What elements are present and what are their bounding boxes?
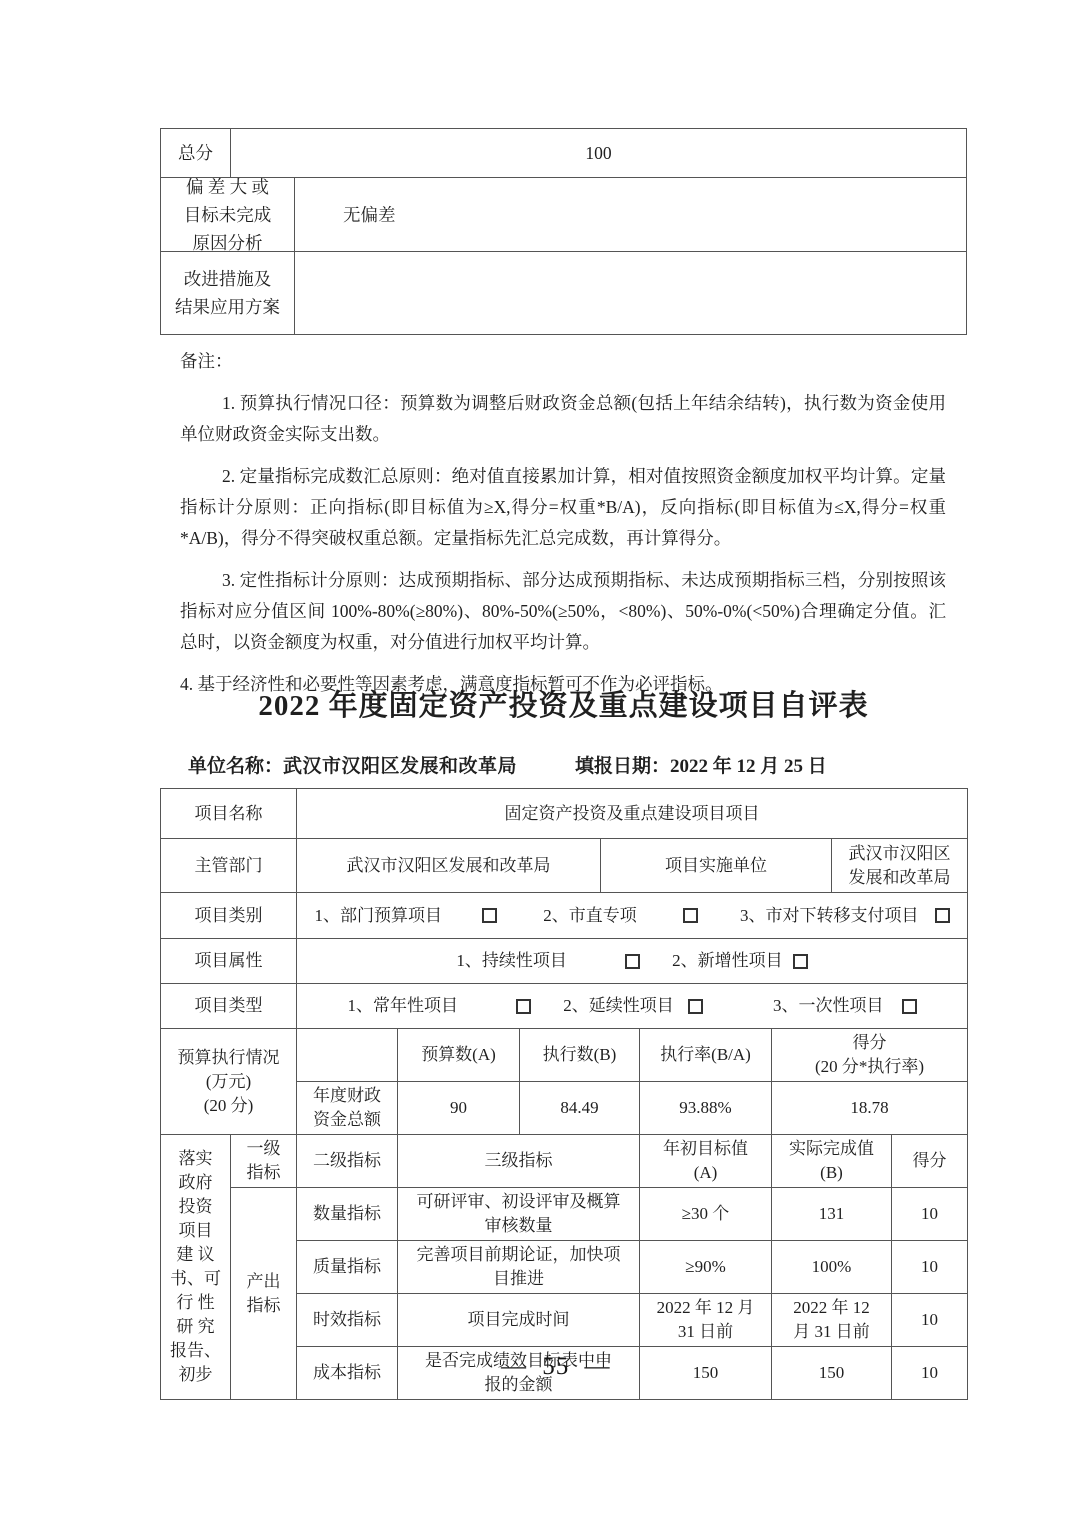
attribute-option-2: 2、新增性项目 [672, 949, 808, 973]
level2-cell: 质量指标 [297, 1241, 398, 1294]
level2-cell: 数量指标 [297, 1188, 398, 1241]
score-cell: 10 [892, 1347, 968, 1400]
checkbox-icon[interactable] [935, 908, 950, 923]
target-cell: 2022 年 12 月 31 日前 [640, 1294, 772, 1347]
actual-cell: 131 [772, 1188, 892, 1241]
report-title: 2022 年度固定资产投资及重点建设项目自评表 [160, 683, 967, 724]
summary-improvement-value [295, 252, 966, 334]
note-item-1: 1. 预算执行情况口径：预算数为调整后财政资金总额(包括上年结余结转)，执行数为… [180, 388, 946, 450]
category-row: 项目类别 1、部门预算项目 2、市直专项 3、市对下转移支付项目 [161, 893, 968, 939]
attribute-row: 项目属性 1、持续性项目 2、新增性项目 [161, 939, 968, 984]
category-options: 1、部门预算项目 2、市直专项 3、市对下转移支付项目 [297, 893, 968, 939]
type-option-3: 3、一次性项目 [773, 994, 917, 1018]
category-option-1: 1、部门预算项目 [315, 904, 498, 928]
budget-col-budget: 预算数(A) [398, 1029, 520, 1082]
category-option-2: 2、市直专项 [543, 904, 698, 928]
option-label: 1、持续性项目 [456, 949, 567, 973]
checkbox-icon[interactable] [688, 999, 703, 1014]
summary-deviation-label: 偏 差 大 或 目标未完成 原因分析 [161, 178, 295, 251]
attribute-options: 1、持续性项目 2、新增性项目 [297, 939, 968, 984]
summary-table: 总分 100 偏 差 大 或 目标未完成 原因分析 无偏差 改进措施及 结果应用… [160, 128, 967, 335]
budget-header-row: 预算执行情况 (万元) (20 分) 预算数(A) 执行数(B) 执行率(B/A… [161, 1029, 968, 1082]
category-option-3: 3、市对下转移支付项目 [740, 904, 950, 928]
score-cell: 10 [892, 1294, 968, 1347]
attribute-option-1: 1、持续性项目 [456, 949, 640, 973]
option-label: 2、延续性项目 [563, 994, 674, 1018]
score-cell: 10 [892, 1188, 968, 1241]
note-item-2: 2. 定量指标完成数汇总原则：绝对值直接累加计算，相对值按照资金额度加权平均计算… [180, 461, 946, 554]
summary-improvement-label: 改进措施及 结果应用方案 [161, 252, 295, 334]
indicator-header-level1: 一级 指标 [231, 1135, 297, 1188]
target-cell: 150 [640, 1347, 772, 1400]
indicator-header-level2: 二级指标 [297, 1135, 398, 1188]
checkbox-icon[interactable] [482, 908, 497, 923]
type-option-2: 2、延续性项目 [563, 994, 703, 1018]
level3-cell: 完善项目前期论证，加快项 目推进 [398, 1241, 640, 1294]
budget-value-b: 84.49 [520, 1082, 640, 1135]
budget-col-rate: 执行率(B/A) [640, 1029, 772, 1082]
type-label: 项目类型 [161, 984, 297, 1029]
unit-name-value: 武汉市汉阳区发展和改革局 [283, 751, 517, 778]
indicator-header-target: 年初目标值 (A) [640, 1135, 772, 1188]
target-cell: ≥90% [640, 1241, 772, 1294]
checkbox-icon[interactable] [683, 908, 698, 923]
summary-total-value: 100 [231, 129, 966, 177]
checkbox-icon[interactable] [793, 954, 808, 969]
summary-row-total: 总分 100 [161, 129, 966, 177]
indicator-header-score: 得分 [892, 1135, 968, 1188]
indicator-header-level3: 三级指标 [398, 1135, 640, 1188]
dept-value: 武汉市汉阳区发展和改革局 [297, 839, 601, 893]
note-item-3: 3. 定性指标计分原则：达成预期指标、部分达成预期指标、未达成预期指标三档，分别… [180, 565, 946, 658]
indicator-header-row: 落实 政府 投资 项目 建 议 书、可 行 性 研 究 报告、 初步 一级 指标… [161, 1135, 968, 1188]
info-line: 单位名称： 武汉市汉阳区发展和改革局 填报日期： 2022 年 12 月 25 … [188, 751, 968, 778]
project-name-row: 项目名称 固定资产投资及重点建设项目项目 [161, 789, 968, 839]
budget-col-score: 得分 (20 分*执行率) [772, 1029, 968, 1082]
dept-label: 主管部门 [161, 839, 297, 893]
option-label: 2、市直专项 [543, 904, 637, 928]
option-label: 2、新增性项目 [672, 949, 783, 973]
document-page: 总分 100 偏 差 大 或 目标未完成 原因分析 无偏差 改进措施及 结果应用… [0, 0, 1074, 1520]
type-row: 项目类型 1、常年性项目 2、延续性项目 3、一次性项目 [161, 984, 968, 1029]
option-label: 3、一次性项目 [773, 994, 884, 1018]
actual-cell: 150 [772, 1347, 892, 1400]
option-label: 3、市对下转移支付项目 [740, 904, 919, 928]
budget-value-score: 18.78 [772, 1082, 968, 1135]
budget-empty-cell [297, 1029, 398, 1082]
actual-cell: 100% [772, 1241, 892, 1294]
impl-unit-value: 武汉市汉阳区 发展和改革局 [832, 839, 968, 893]
actual-cell: 2022 年 12 月 31 日前 [772, 1294, 892, 1347]
option-label: 1、常年性项目 [348, 994, 459, 1018]
checkbox-icon[interactable] [902, 999, 917, 1014]
category-label: 项目类别 [161, 893, 297, 939]
notes-section: 备注： 1. 预算执行情况口径：预算数为调整后财政资金总额(包括上年结余结转)，… [180, 346, 946, 700]
budget-value-rate: 93.88% [640, 1082, 772, 1135]
summary-deviation-value: 无偏差 [295, 178, 966, 251]
report-date-label: 填报日期： [575, 751, 670, 778]
indicator-header-actual: 实际完成值 (B) [772, 1135, 892, 1188]
budget-col-executed: 执行数(B) [520, 1029, 640, 1082]
notes-heading: 备注： [180, 346, 946, 377]
budget-row-label: 年度财政 资金总额 [297, 1082, 398, 1135]
score-cell: 10 [892, 1241, 968, 1294]
project-name-label: 项目名称 [161, 789, 297, 839]
attribute-label: 项目属性 [161, 939, 297, 984]
summary-row-deviation: 偏 差 大 或 目标未完成 原因分析 无偏差 [161, 177, 966, 251]
dept-row: 主管部门 武汉市汉阳区发展和改革局 项目实施单位 武汉市汉阳区 发展和改革局 [161, 839, 968, 893]
checkbox-icon[interactable] [516, 999, 531, 1014]
budget-value-a: 90 [398, 1082, 520, 1135]
summary-total-label: 总分 [161, 129, 231, 177]
unit-name-label: 单位名称： [188, 751, 283, 778]
impl-unit-label: 项目实施单位 [601, 839, 832, 893]
summary-row-improvement: 改进措施及 结果应用方案 [161, 251, 966, 334]
budget-label: 预算执行情况 (万元) (20 分) [161, 1029, 297, 1135]
page-number: — 55 — [501, 1353, 611, 1381]
self-evaluation-table: 项目名称 固定资产投资及重点建设项目项目 主管部门 武汉市汉阳区发展和改革局 项… [160, 788, 968, 1400]
level2-cell: 时效指标 [297, 1294, 398, 1347]
level2-cell: 成本指标 [297, 1347, 398, 1400]
report-date-value: 2022 年 12 月 25 日 [670, 751, 827, 778]
level3-cell: 项目完成时间 [398, 1294, 640, 1347]
indicator-side-label: 落实 政府 投资 项目 建 议 书、可 行 性 研 究 报告、 初步 [161, 1135, 231, 1400]
checkbox-icon[interactable] [625, 954, 640, 969]
project-name-value: 固定资产投资及重点建设项目项目 [297, 789, 968, 839]
option-label: 1、部门预算项目 [315, 904, 443, 928]
indicator-row-quantity: 产出 指标 数量指标 可研评审、初设评审及概算 审核数量 ≥30 个 131 1… [161, 1188, 968, 1241]
indicator-group-label: 产出 指标 [231, 1188, 297, 1400]
type-options: 1、常年性项目 2、延续性项目 3、一次性项目 [297, 984, 968, 1029]
level3-cell: 可研评审、初设评审及概算 审核数量 [398, 1188, 640, 1241]
type-option-1: 1、常年性项目 [348, 994, 532, 1018]
target-cell: ≥30 个 [640, 1188, 772, 1241]
